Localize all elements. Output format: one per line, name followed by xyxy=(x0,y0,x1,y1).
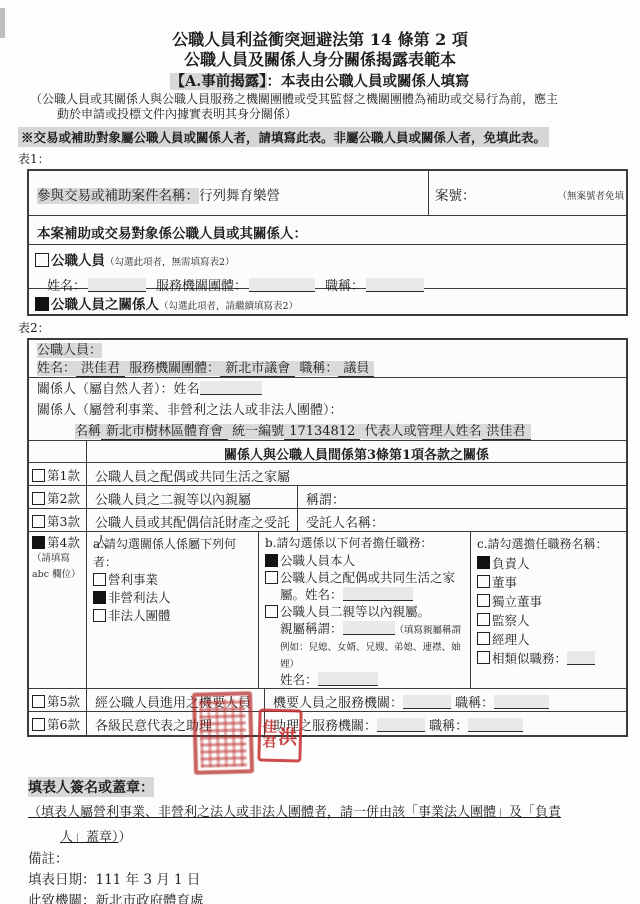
relative-name-line: 姓名： xyxy=(280,671,468,688)
fill-in-blank xyxy=(403,695,451,709)
option-spouse-family: 公職人員之配偶或共同生活之家屬。姓名： xyxy=(265,569,468,603)
fill-in-blank xyxy=(318,672,378,686)
checkbox-icon xyxy=(32,718,45,731)
org-name-value: 新北市樹林區體育會 xyxy=(101,424,228,440)
clause5-extra-cell: 機要人員之服務機關： 職稱： xyxy=(264,689,626,711)
scanned-form-page: 公職人員利益衝突迴避法第 14 條第 2 項 公職人員及關係人身分關係揭露表範本… xyxy=(0,0,640,904)
disclosure-description: ：本表由公職人員或關係人填寫 xyxy=(267,73,470,90)
fill-in-blank xyxy=(377,718,425,732)
kinship-line: 親屬稱謂：（填寫親屬稱謂例如：兒媳、女婿、兄嫂、弟媳、連襟、妯娌） xyxy=(280,620,468,671)
form-subtitle: 【A.事前揭露】：本表由公職人員或關係人填寫 xyxy=(0,71,640,92)
clause4-note-line1: （請填寫 xyxy=(32,551,86,567)
checkbox-icon xyxy=(32,492,45,505)
official-agency-label: 服務機關團體： xyxy=(129,361,220,376)
clause1-text: 公職人員之配偶或共同生活之家屬 xyxy=(87,463,626,485)
checkbox-icon xyxy=(477,575,490,588)
clause4-row: 第4款 （請填寫 abc 欄位） a.請勾選關係人係屬下列何者： 營利事業 非營… xyxy=(29,532,626,689)
option-similar-position: 相類似職務： xyxy=(477,649,626,668)
related-org-label: 關係人（屬營利事業、非營利之法人或非法人團體）： xyxy=(37,400,626,421)
option-independent-director: 獨立董事 xyxy=(477,592,626,611)
seal-character-stack: 佳君 xyxy=(262,720,277,750)
fill-in-blank xyxy=(343,621,395,635)
checkbox-icon xyxy=(35,297,49,311)
case-number-label: 案號： xyxy=(435,184,476,215)
clause1-label: 第1款 xyxy=(47,468,80,483)
fill-in-blank xyxy=(494,695,549,709)
case-name-label: 參與交易或補助案件名稱： xyxy=(37,188,199,204)
option-profit-business: 營利事業 xyxy=(93,571,258,589)
fill-in-blank xyxy=(468,718,523,732)
fill-in-blank xyxy=(366,278,424,292)
column-b-heading: b.請勾選係以下何者擔任職務： xyxy=(265,535,468,552)
official-info-line: 姓名：洪佳君 服務機關團體：新北市議會 職稱：議員 xyxy=(37,361,374,376)
option-director: 董事 xyxy=(477,573,626,592)
clause3-label: 第3款 xyxy=(47,514,80,529)
option-label: 營利事業 xyxy=(108,571,258,589)
subject-line: 本案補助或交易對象係公職人員或其關係人： xyxy=(29,216,626,245)
case-name-cell: 參與交易或補助案件名稱：行列舞育樂營 xyxy=(29,171,428,215)
clause5-label: 第5款 xyxy=(47,694,80,709)
clause2-text: 公職人員之二親等以內親屬 xyxy=(87,486,297,508)
fill-in-blank xyxy=(88,278,146,292)
table1-label: 表1： xyxy=(18,150,640,167)
official-agency-value: 新北市議會 xyxy=(220,361,295,377)
clause2-extra-cell: 稱謂： xyxy=(297,486,626,508)
option-unincorporated-group: 非法人團體 xyxy=(93,607,258,625)
checkbox-icon xyxy=(265,554,278,567)
clause4-column-a: a.請勾選關係人係屬下列何者： 營利事業 非營利法人 非法人團體 xyxy=(87,532,259,688)
checkbox-icon xyxy=(477,613,490,626)
signature-label: 填表人簽名或蓋章： xyxy=(28,777,154,797)
clause4-label: 第4款 xyxy=(47,535,80,550)
clause1-row: 第1款 公職人員之配偶或共同生活之家屬 xyxy=(29,463,626,486)
instruction-note-line1: （公職人員或其關係人與公職人員服務之機關團體或受其監督之機關團體為補助或交易行為… xyxy=(30,92,632,107)
checkbox-icon xyxy=(32,695,45,708)
option-nonprofit-legal-person: 非營利法人 xyxy=(93,589,258,607)
related-person-option-note: （勾選此項者，請繼續填寫表2） xyxy=(159,301,298,312)
fill-date-line: 填表日期：111 年 3 月 1 日 xyxy=(28,872,640,889)
org-uid-label: 統一編號 xyxy=(232,424,284,439)
option-label: 經理人 xyxy=(492,630,626,649)
clause2-label-cell: 第2款 xyxy=(29,486,87,508)
checkbox-icon xyxy=(477,594,490,607)
relative-name-label: 姓名： xyxy=(280,672,318,687)
fill-in-blank xyxy=(249,278,315,292)
clause3-label-cell: 第3款 xyxy=(29,509,87,531)
clause4-note-line2: abc 欄位） xyxy=(32,567,86,583)
clause1-label-cell: 第1款 xyxy=(29,463,87,485)
option-label: 相類似職務： xyxy=(492,649,626,668)
option-label: 董事 xyxy=(492,573,626,592)
seal-character: 君 xyxy=(262,735,276,750)
official-title-value: 議員 xyxy=(338,361,374,377)
seal-character: 洪 xyxy=(278,722,298,749)
option-label: 公職人員之配偶或共同生活之家屬。姓名： xyxy=(280,569,468,603)
clause4-column-b: b.請勾選係以下何者擔任職務： 公職人員本人 公職人員之配偶或共同生活之家屬。姓… xyxy=(259,532,471,688)
remarks-label: 備註： xyxy=(28,851,640,868)
org-rep-value: 洪佳君 xyxy=(482,424,531,440)
checkbox-icon xyxy=(93,609,106,622)
fill-in-blank xyxy=(200,381,262,395)
addressed-agency-line: 此致機關：新北市政府體育處 xyxy=(28,893,640,904)
assistant-title-label: 職稱： xyxy=(429,719,468,734)
column-a-heading: a.請勾選關係人係屬下列何者： xyxy=(93,535,258,571)
org-info-line: 名稱新北市樹林區體育會 統一編號17134812 代表人或管理人姓名洪佳君 xyxy=(75,424,531,439)
option-label-text: 公職人員二親等以內親屬。 xyxy=(280,603,468,620)
related-person-option-label: 公職人員之關係人 xyxy=(51,297,159,313)
relation-header-text: 關係人與公職人員間係第3條第1項各款之關係 xyxy=(87,441,626,462)
seal-character: 佳 xyxy=(263,720,277,735)
clause3-text: 公職人員或其配偶信託財產之受託人 xyxy=(87,509,297,531)
table1: 參與交易或補助案件名稱：行列舞育樂營 案號： （無案號者免填 本案補助或交易對象… xyxy=(27,169,628,316)
signature-note-text: 人」蓋章） xyxy=(60,830,119,845)
form-title-line1: 公職人員利益衝突迴避法第 14 條第 2 項 xyxy=(0,0,640,50)
public-official-option: 公職人員（勾選此項者，無需填寫表2） xyxy=(35,249,626,269)
public-official-option-label: 公職人員 xyxy=(51,253,105,269)
checkbox-icon xyxy=(32,515,45,528)
option-label: 非營利法人 xyxy=(108,589,258,607)
table2: 公職人員： 姓名：洪佳君 服務機關團體：新北市議會 職稱：議員 關係人（屬自然人… xyxy=(27,338,628,737)
agency-field-label: 服務機關團體： xyxy=(156,279,247,294)
official-info-section: 公職人員： 姓名：洪佳君 服務機關團體：新北市議會 職稱：議員 xyxy=(29,340,626,378)
clause6-extra-cell: 助理之服務機關： 職稱： xyxy=(264,712,626,735)
org-uid-value: 17134812 xyxy=(284,424,360,440)
signature-note-line2: 人」蓋章）） xyxy=(60,828,612,847)
clause3-extra-cell: 受託人名稱： xyxy=(297,509,626,531)
clause4-column-c: c.請勾選擔任職務名稱： 負責人 董事 獨立董事 監察人 經理人 相類似職務： xyxy=(471,532,626,688)
clause4-label-cell: 第4款 （請填寫 abc 欄位） xyxy=(29,532,87,688)
case-number-cell: 案號： （無案號者免填 xyxy=(428,171,626,215)
option-label: 監察人 xyxy=(492,611,626,630)
disclosure-tag: 【A.事前揭露】 xyxy=(170,73,266,90)
clause6-row: 第6款 各級民意代表之助理 助理之服務機關： 職稱： xyxy=(29,712,626,735)
table2-label: 表2： xyxy=(18,319,640,336)
clause5-label-cell: 第5款 xyxy=(29,689,87,711)
option-official-self: 公職人員本人 xyxy=(265,552,468,569)
public-official-option-row: 公職人員（勾選此項者，無需填寫表2） 姓名：服務機關團體：職稱： xyxy=(29,245,626,289)
checkbox-icon xyxy=(265,571,278,584)
checkbox-icon xyxy=(32,536,45,549)
checkbox-icon xyxy=(477,651,490,664)
clause2-label: 第2款 xyxy=(47,491,80,506)
related-person-info-section: 關係人（屬自然人者）：姓名 關係人（屬營利事業、非營利之法人或非法人團體）： 名… xyxy=(29,378,626,441)
related-natural-label: 關係人（屬自然人者）：姓名 xyxy=(37,382,200,397)
option-label-text: 相類似職務： xyxy=(492,651,567,666)
signature-note-line1: （填表人屬營利事業、非營利之法人或非法人團體者，請一併由該「事業法人團體」及「負… xyxy=(28,803,612,822)
aide-title-label: 職稱： xyxy=(455,696,494,711)
title-field-label: 職稱： xyxy=(325,279,364,294)
clause6-label-cell: 第6款 xyxy=(29,712,87,735)
official-title-label: 職稱： xyxy=(299,361,338,376)
official-name-label: 姓名： xyxy=(37,361,76,376)
case-name-value: 行列舞育樂營 xyxy=(199,188,280,204)
scan-artifact xyxy=(0,8,5,38)
relation-header-empty-cell xyxy=(29,441,87,462)
relation-header-row: 關係人與公職人員間係第3條第1項各款之關係 xyxy=(29,441,626,463)
fill-in-blank xyxy=(343,587,413,601)
kinship-title-label: 稱謂： xyxy=(306,493,345,508)
kinship-label: 親屬稱謂： xyxy=(280,621,343,636)
org-rep-label: 代表人或管理人姓名 xyxy=(365,424,482,439)
fill-instruction-notice: ※交易或補助對象屬公職人員或關係人者，請填寫此表。非屬公職人員或關係人者，免填此… xyxy=(18,127,549,147)
option-label: 公職人員本人 xyxy=(280,552,468,569)
checkbox-icon xyxy=(32,469,45,482)
checkbox-icon xyxy=(477,632,490,645)
clause5-row: 第5款 經公職人員進用之機要人員 機要人員之服務機關： 職稱： xyxy=(29,689,626,712)
organization-seal-stamp xyxy=(192,691,254,775)
option-label: 負責人 xyxy=(492,554,626,573)
option-manager: 經理人 xyxy=(477,630,626,649)
option-supervisor: 監察人 xyxy=(477,611,626,630)
official-name-value: 洪佳君 xyxy=(76,361,125,377)
name-field-label: 姓名： xyxy=(47,279,86,294)
trustee-name-label: 受託人名稱： xyxy=(306,516,384,531)
option-label: 非法人團體 xyxy=(108,607,258,625)
signature-note-close: ） xyxy=(119,830,132,845)
signature-note-text: （填表人屬營利事業、非營利之法人或非法人團體者，請一併由該「事業法人團體」及「負… xyxy=(28,805,561,820)
form-title-line2: 公職人員及關係人身分關係揭露表範本 xyxy=(0,50,640,70)
official-heading: 公職人員： xyxy=(37,343,102,358)
checkbox-icon xyxy=(35,253,49,267)
case-row: 參與交易或補助案件名稱：行列舞育樂營 案號： （無案號者免填 xyxy=(29,171,626,216)
clause6-label: 第6款 xyxy=(47,717,80,732)
option-responsible-person: 負責人 xyxy=(477,554,626,573)
org-name-label: 名稱 xyxy=(75,424,101,439)
instruction-note-line2: 動於申請或投標文件內據實表明其身分關係） xyxy=(57,107,632,122)
clause2-row: 第2款 公職人員之二親等以內親屬 稱謂： xyxy=(29,486,626,509)
checkbox-icon xyxy=(93,591,106,604)
option-second-degree-relative: 公職人員二親等以內親屬。 親屬稱謂：（填寫親屬稱謂例如：兒媳、女婿、兄嫂、弟媳、… xyxy=(265,603,468,688)
column-c-heading: c.請勾選擔任職務名稱： xyxy=(477,535,626,554)
public-official-option-note: （勾選此項者，無需填寫表2） xyxy=(105,257,235,268)
case-number-note: （無案號者免填 xyxy=(557,188,624,215)
option-label: 公職人員二親等以內親屬。 親屬稱謂：（填寫親屬稱謂例如：兒媳、女婿、兄嫂、弟媳、… xyxy=(280,603,468,688)
fill-in-blank xyxy=(567,651,595,665)
option-label: 獨立董事 xyxy=(492,592,626,611)
checkbox-icon xyxy=(477,556,490,569)
personal-name-seal-stamp: 洪 佳君 xyxy=(257,708,302,762)
checkbox-icon xyxy=(265,605,278,618)
checkbox-icon xyxy=(93,573,106,586)
clause3-row: 第3款 公職人員或其配偶信託財產之受託人 受託人名稱： xyxy=(29,509,626,532)
